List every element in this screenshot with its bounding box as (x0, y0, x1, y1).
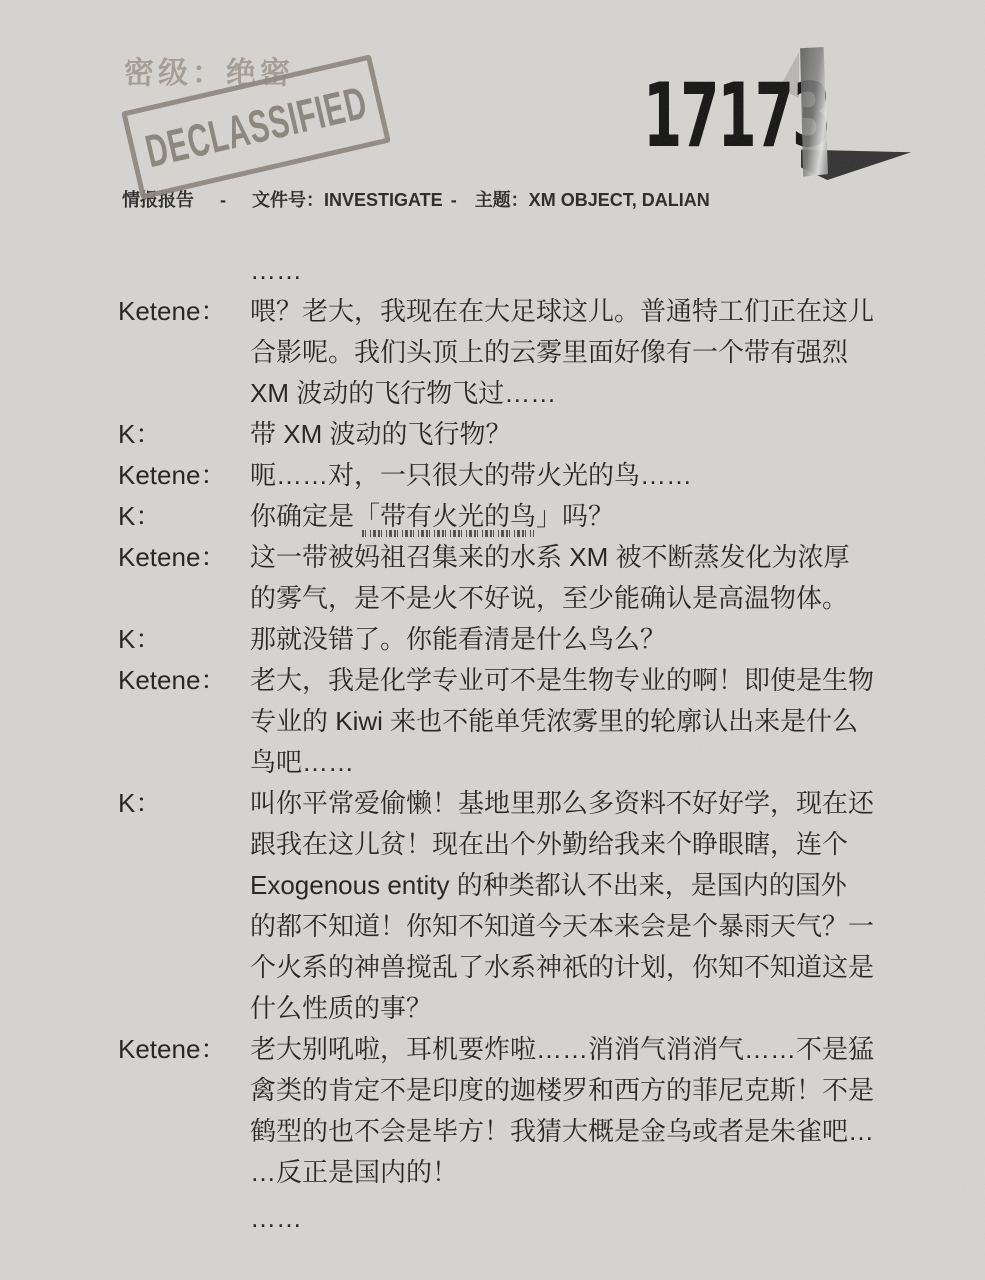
dialogue-line-text: 个火系的神兽搅乱了水系神祇的计划，你知不知道这是 (250, 952, 874, 982)
transcript-turn: Ketene： 老大，我是化学专业可不是生物专业的啊！即使是生物专业的 Kiwi… (118, 660, 878, 783)
dialogue-line-text: 呃……对，一只很大的带火光的鸟…… (250, 460, 692, 490)
speaker-label: Ketene： (118, 291, 250, 414)
dialogue-line-text: 跟我在这儿贫！现在出个外勤给我来个睁眼瞎，连个 (250, 829, 848, 859)
dialogue-lines: …… (250, 1198, 878, 1239)
transcript-turn: Ketene： 呃……对，一只很大的带火光的鸟…… (118, 455, 878, 496)
dialogue-line-text: 合影呢。我们头顶上的云雾里面好像有一个带有强烈 (250, 337, 848, 367)
dialogue-line-text: XM 波动的飞行物飞过…… (250, 378, 556, 408)
dialogue-lines: 喂？老大，我现在在大足球这儿。普通特工们正在这儿合影呢。我们头顶上的云雾里面好像… (250, 291, 878, 414)
dialogue-line: …反正是国内的！ (250, 1152, 878, 1193)
speaker-label: Ketene： (118, 537, 250, 619)
dialogue-lines: 呃……对，一只很大的带火光的鸟…… (250, 455, 878, 496)
dialogue-line: 老大别吼啦，耳机要炸啦……消消气消消气……不是猛 (250, 1029, 878, 1070)
dialogue-line-text: 带 XM 波动的飞行物？ (250, 419, 511, 449)
speaker-label: K： (118, 783, 250, 1029)
dialogue-line-text: 喂？老大，我现在在大足球这儿。普通特工们正在这儿 (250, 296, 874, 326)
dialogue-line-text: 叫你平常爱偷懒！基地里那么多资料不好好学，现在还 (250, 788, 874, 818)
dialogue-line-text: 老大，我是化学专业可不是生物专业的啊！即使是生物 (250, 665, 874, 695)
dialogue-line-text: 什么性质的事？ (250, 993, 432, 1023)
dialogue-lines: 老大别吼啦，耳机要炸啦……消消气消消气……不是猛禽类的肯定不是印度的迦楼罗和西方… (250, 1029, 878, 1193)
dialogue-line-text: …… (250, 255, 302, 285)
dialogue-line-text: 禽类的肯定不是印度的迦楼罗和西方的菲尼克斯！不是 (250, 1075, 874, 1105)
transcript-turn: K： 那就没错了。你能看清是什么鸟么？ (118, 619, 878, 660)
transcript-turn: …… (118, 250, 878, 291)
speaker-label (118, 250, 250, 291)
dialogue-line: 叫你平常爱偷懒！基地里那么多资料不好好学，现在还 (250, 783, 878, 824)
dialogue-line: 老大，我是化学专业可不是生物专业的啊！即使是生物 (250, 660, 878, 701)
document-meta-line: 情报报告 - 文件号：INVESTIGATE - 主题：XM OBJECT, D… (122, 186, 710, 212)
speaker-label: K： (118, 496, 250, 537)
dialogue-line: 的都不知道！你知不知道今天本来会是个暴雨天气？一 (250, 906, 878, 947)
dialogue-lines: 这一带被妈祖召集来的水系 XM 被不断蒸发化为浓厚的雾气，是不是火不好说，至少能… (250, 537, 878, 619)
dialogue-line: XM 波动的飞行物飞过…… (250, 373, 878, 414)
transcript-turn: Ketene： 喂？老大，我现在在大足球这儿。普通特工们正在这儿合影呢。我们头顶… (118, 291, 878, 414)
speaker-label: K： (118, 414, 250, 455)
dialogue-line: 禽类的肯定不是印度的迦楼罗和西方的菲尼克斯！不是 (250, 1070, 878, 1111)
dialogue-line: 跟我在这儿贫！现在出个外勤给我来个睁眼瞎，连个 (250, 824, 878, 865)
dialogue-line-text: 鸟吧…… (250, 747, 354, 777)
dialogue-line: 什么性质的事？ (250, 988, 878, 1029)
dialogue-lines: 带 XM 波动的飞行物？ (250, 414, 878, 455)
dialogue-line-text: 那就没错了。你能看清是什么鸟么？ (250, 624, 666, 654)
meta-subject: 主题：XM OBJECT, DALIAN (475, 186, 710, 212)
dialogue-lines: 老大，我是化学专业可不是生物专业的啊！即使是生物专业的 Kiwi 来也不能单凭浓… (250, 660, 878, 783)
dialogue-line-text: 的都不知道！你知不知道今天本来会是个暴雨天气？一 (250, 911, 874, 941)
barcode-mark (362, 530, 534, 537)
dialogue-lines: 叫你平常爱偷懒！基地里那么多资料不好好学，现在还跟我在这儿贫！现在出个外勤给我来… (250, 783, 878, 1029)
meta-dash: - (451, 190, 457, 211)
dialogue-line: 带 XM 波动的飞行物？ (250, 414, 878, 455)
speaker-label (118, 1198, 250, 1239)
dialogue-line-text: 这一带被妈祖召集来的水系 XM 被不断蒸发化为浓厚 (250, 542, 849, 572)
dialogue-line: 呃……对，一只很大的带火光的鸟…… (250, 455, 878, 496)
dialogue-line: 的雾气，是不是火不好说，至少能确认是高温物体。 (250, 578, 878, 619)
dialogue-line-text: Exogenous entity 的种类都认不出来，是国内的国外 (250, 870, 847, 900)
document-page: 密级：绝密 DECLASSIFIED 17173 情报报告 - 文件号：INVE… (0, 0, 985, 1280)
transcript-turn: K： 带 XM 波动的飞行物？ (118, 414, 878, 455)
meta-file-number: 文件号：INVESTIGATE (252, 186, 443, 212)
transcript-turn: Ketene： 老大别吼啦，耳机要炸啦……消消气消消气……不是猛禽类的肯定不是印… (118, 1029, 878, 1193)
meta-dash: - (220, 190, 226, 211)
dialogue-line: 你确定是「带有火光的鸟」吗？ (250, 496, 878, 537)
speaker-label: Ketene： (118, 455, 250, 496)
speaker-label: K： (118, 619, 250, 660)
dialogue-line: 鹤型的也不会是毕方！我猜大概是金乌或者是朱雀吧… (250, 1111, 878, 1152)
speaker-label: Ketene： (118, 1029, 250, 1193)
dialogue-line: 鸟吧…… (250, 742, 878, 783)
dialogue-line-text: 你确定是「带有火光的鸟」吗？ (250, 501, 614, 531)
dialogue-line: 个火系的神兽搅乱了水系神祇的计划，你知不知道这是 (250, 947, 878, 988)
dialogue-line: 这一带被妈祖召集来的水系 XM 被不断蒸发化为浓厚 (250, 537, 878, 578)
dialogue-line: 合影呢。我们头顶上的云雾里面好像有一个带有强烈 (250, 332, 878, 373)
dialogue-line: 专业的 Kiwi 来也不能单凭浓雾里的轮廓认出来是什么 (250, 701, 878, 742)
transcript: …… Ketene： 喂？老大，我现在在大足球这儿。普通特工们正在这儿合影呢。我… (118, 250, 878, 1239)
dialogue-line-text: 的雾气，是不是火不好说，至少能确认是高温物体。 (250, 583, 848, 613)
dialogue-lines: 你确定是「带有火光的鸟」吗？ (250, 496, 878, 537)
dialogue-lines: …… (250, 250, 878, 291)
dialogue-line-text: …反正是国内的！ (250, 1157, 458, 1187)
transcript-turn: …… (118, 1198, 878, 1239)
dialogue-line-text: …… (250, 1203, 302, 1233)
speaker-label: Ketene： (118, 660, 250, 783)
dialogue-line: …… (250, 1198, 878, 1239)
dialogue-line: 那就没错了。你能看清是什么鸟么？ (250, 619, 878, 660)
dialogue-lines: 那就没错了。你能看清是什么鸟么？ (250, 619, 878, 660)
dialogue-line: 喂？老大，我现在在大足球这儿。普通特工们正在这儿 (250, 291, 878, 332)
dialogue-line-text: 老大别吼啦，耳机要炸啦……消消气消消气……不是猛 (250, 1034, 874, 1064)
transcript-turn: K： 你确定是「带有火光的鸟」吗？ (118, 496, 878, 537)
dialogue-line: …… (250, 250, 878, 291)
transcript-turn: K： 叫你平常爱偷懒！基地里那么多资料不好好学，现在还跟我在这儿贫！现在出个外勤… (118, 783, 878, 1029)
transcript-turn: Ketene： 这一带被妈祖召集来的水系 XM 被不断蒸发化为浓厚的雾气，是不是… (118, 537, 878, 619)
dialogue-line-text: 鹤型的也不会是毕方！我猜大概是金乌或者是朱雀吧… (250, 1116, 874, 1146)
dialogue-line: Exogenous entity 的种类都认不出来，是国内的国外 (250, 865, 878, 906)
dialogue-line-text: 专业的 Kiwi 来也不能单凭浓雾里的轮廓认出来是什么 (250, 706, 858, 736)
